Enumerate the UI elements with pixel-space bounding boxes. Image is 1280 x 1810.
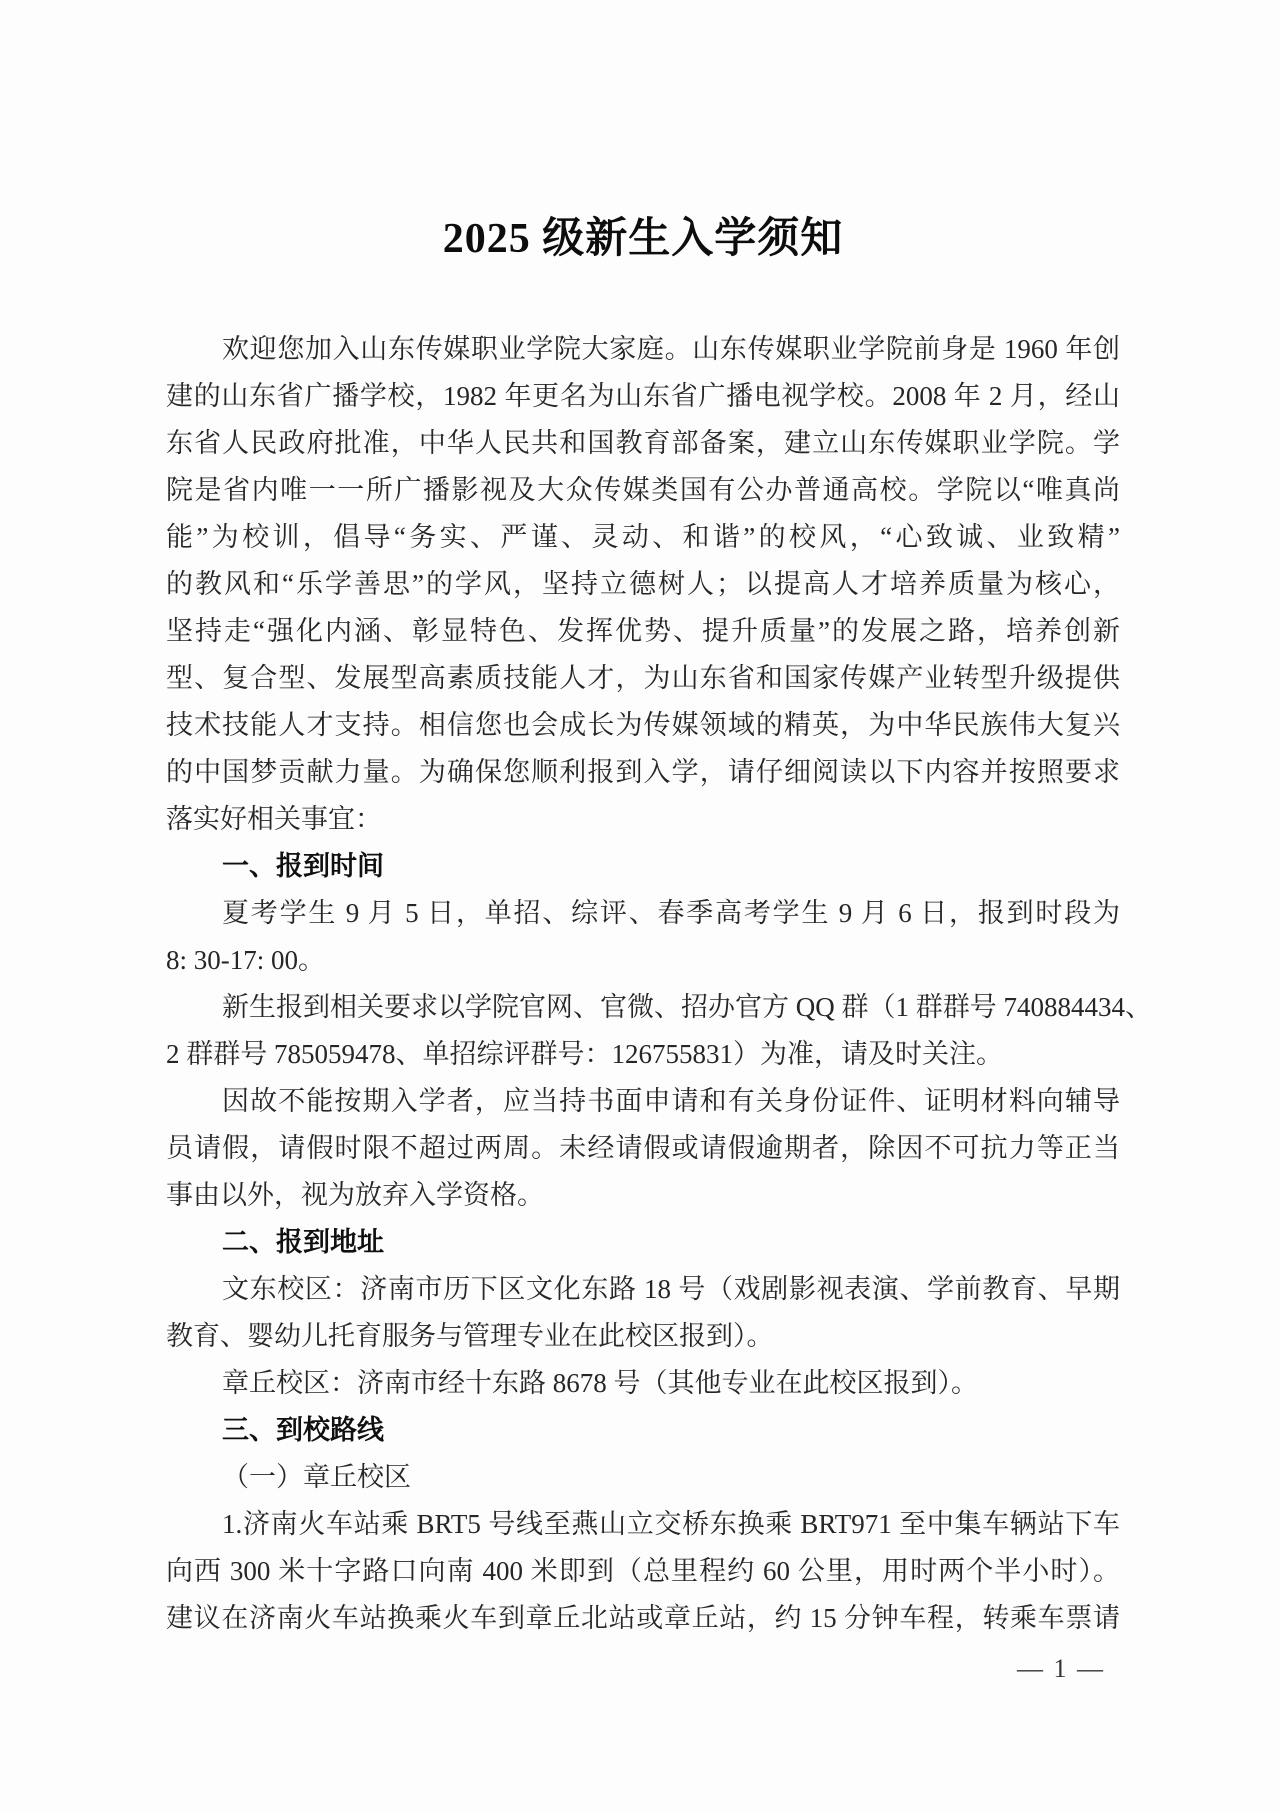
- document-body: 欢迎您加入山东传媒职业学院大家庭。山东传媒职业学院前身是 1960 年创 建的山…: [166, 326, 1120, 1642]
- text-line: 的教风和“乐学善思”的学风，坚持立德树人；以提高人才培养质量为核心，: [166, 561, 1120, 608]
- text-line: 文东校区：济南市历下区文化东路 18 号（戏剧影视表演、学前教育、早期: [166, 1266, 1120, 1313]
- route-paragraph: 1.济南火车站乘 BRT5 号线至燕山立交桥东换乘 BRT971 至中集车辆站下…: [166, 1501, 1120, 1642]
- text-line: 因故不能按期入学者，应当持书面申请和有关身份证件、证明材料向辅导: [166, 1078, 1120, 1125]
- qq-group-paragraph: 新生报到相关要求以学院官网、官微、招办官方 QQ 群（1 群群号 7408844…: [166, 984, 1120, 1078]
- section-heading-report-time: 一、报到时间: [166, 843, 1120, 890]
- text-line: 能”为校训，倡导“务实、严谨、灵动、和谐”的校风，“心致诚、业致精”: [166, 514, 1120, 561]
- text-line: 欢迎您加入山东传媒职业学院大家庭。山东传媒职业学院前身是 1960 年创: [166, 326, 1120, 373]
- text-line: 建议在济南火车站换乘火车到章丘北站或章丘站，约 15 分钟车程，转乘车票请: [166, 1595, 1120, 1642]
- zhangqiu-campus-paragraph: 章丘校区：济南市经十东路 8678 号（其他专业在此校区报到）。: [166, 1360, 1120, 1407]
- text-line: 的中国梦贡献力量。为确保您顺利报到入学，请仔细阅读以下内容并按照要求: [166, 749, 1120, 796]
- text-line: 员请假，请假时限不超过两周。未经请假或请假逾期者，除因不可抗力等正当: [166, 1125, 1120, 1172]
- text-line: 技术技能人才支持。相信您也会成长为传媒领域的精英，为中华民族伟大复兴: [166, 702, 1120, 749]
- text-line: 落实好相关事宜：: [166, 796, 1120, 843]
- wendong-campus-paragraph: 文东校区：济南市历下区文化东路 18 号（戏剧影视表演、学前教育、早期 教育、婴…: [166, 1266, 1120, 1360]
- text-line: 8: 30-17: 00。: [166, 937, 1120, 984]
- text-line: 型、复合型、发展型高素质技能人才，为山东省和国家传媒产业转型升级提供: [166, 655, 1120, 702]
- text-line: 章丘校区：济南市经十东路 8678 号（其他专业在此校区报到）。: [166, 1360, 1120, 1407]
- document-page: 2025 级新生入学须知 欢迎您加入山东传媒职业学院大家庭。山东传媒职业学院前身…: [0, 0, 1280, 1810]
- text-line: 2 群群号 785059478、单招综评群号：126755831）为准，请及时关…: [166, 1031, 1120, 1078]
- leave-request-paragraph: 因故不能按期入学者，应当持书面申请和有关身份证件、证明材料向辅导 员请假，请假时…: [166, 1078, 1120, 1219]
- text-line: 新生报到相关要求以学院官网、官微、招办官方 QQ 群（1 群群号 7408844…: [166, 984, 1120, 1031]
- text-line: 事由以外，视为放弃入学资格。: [166, 1172, 1120, 1219]
- page-number: — 1 —: [166, 1649, 1105, 1689]
- section-heading-report-address: 二、报到地址: [166, 1219, 1120, 1266]
- text-line: 院是省内唯一一所广播影视及大众传媒类国有公办普通高校。学院以“唯真尚: [166, 467, 1120, 514]
- intro-paragraph: 欢迎您加入山东传媒职业学院大家庭。山东传媒职业学院前身是 1960 年创 建的山…: [166, 326, 1120, 843]
- report-time-paragraph: 夏考学生 9 月 5 日，单招、综评、春季高考学生 9 月 6 日，报到时段为 …: [166, 890, 1120, 984]
- text-line: 向西 300 米十字路口向南 400 米即到（总里程约 60 公里，用时两个半小…: [166, 1548, 1120, 1595]
- section-heading-route: 三、到校路线: [166, 1407, 1120, 1454]
- text-line: 坚持走“强化内涵、彰显特色、发挥优势、提升质量”的发展之路，培养创新: [166, 608, 1120, 655]
- text-line: 建的山东省广播学校，1982 年更名为山东省广播电视学校。2008 年 2 月，…: [166, 373, 1120, 420]
- text-line: 东省人民政府批准，中华人民共和国教育部备案，建立山东传媒职业学院。学: [166, 420, 1120, 467]
- subsection-heading-zhangqiu: （一）章丘校区: [166, 1454, 1120, 1501]
- document-title: 2025 级新生入学须知: [166, 213, 1120, 265]
- text-line: 1.济南火车站乘 BRT5 号线至燕山立交桥东换乘 BRT971 至中集车辆站下…: [166, 1501, 1120, 1548]
- text-line: 夏考学生 9 月 5 日，单招、综评、春季高考学生 9 月 6 日，报到时段为: [166, 890, 1120, 937]
- text-line: 教育、婴幼儿托育服务与管理专业在此校区报到）。: [166, 1313, 1120, 1360]
